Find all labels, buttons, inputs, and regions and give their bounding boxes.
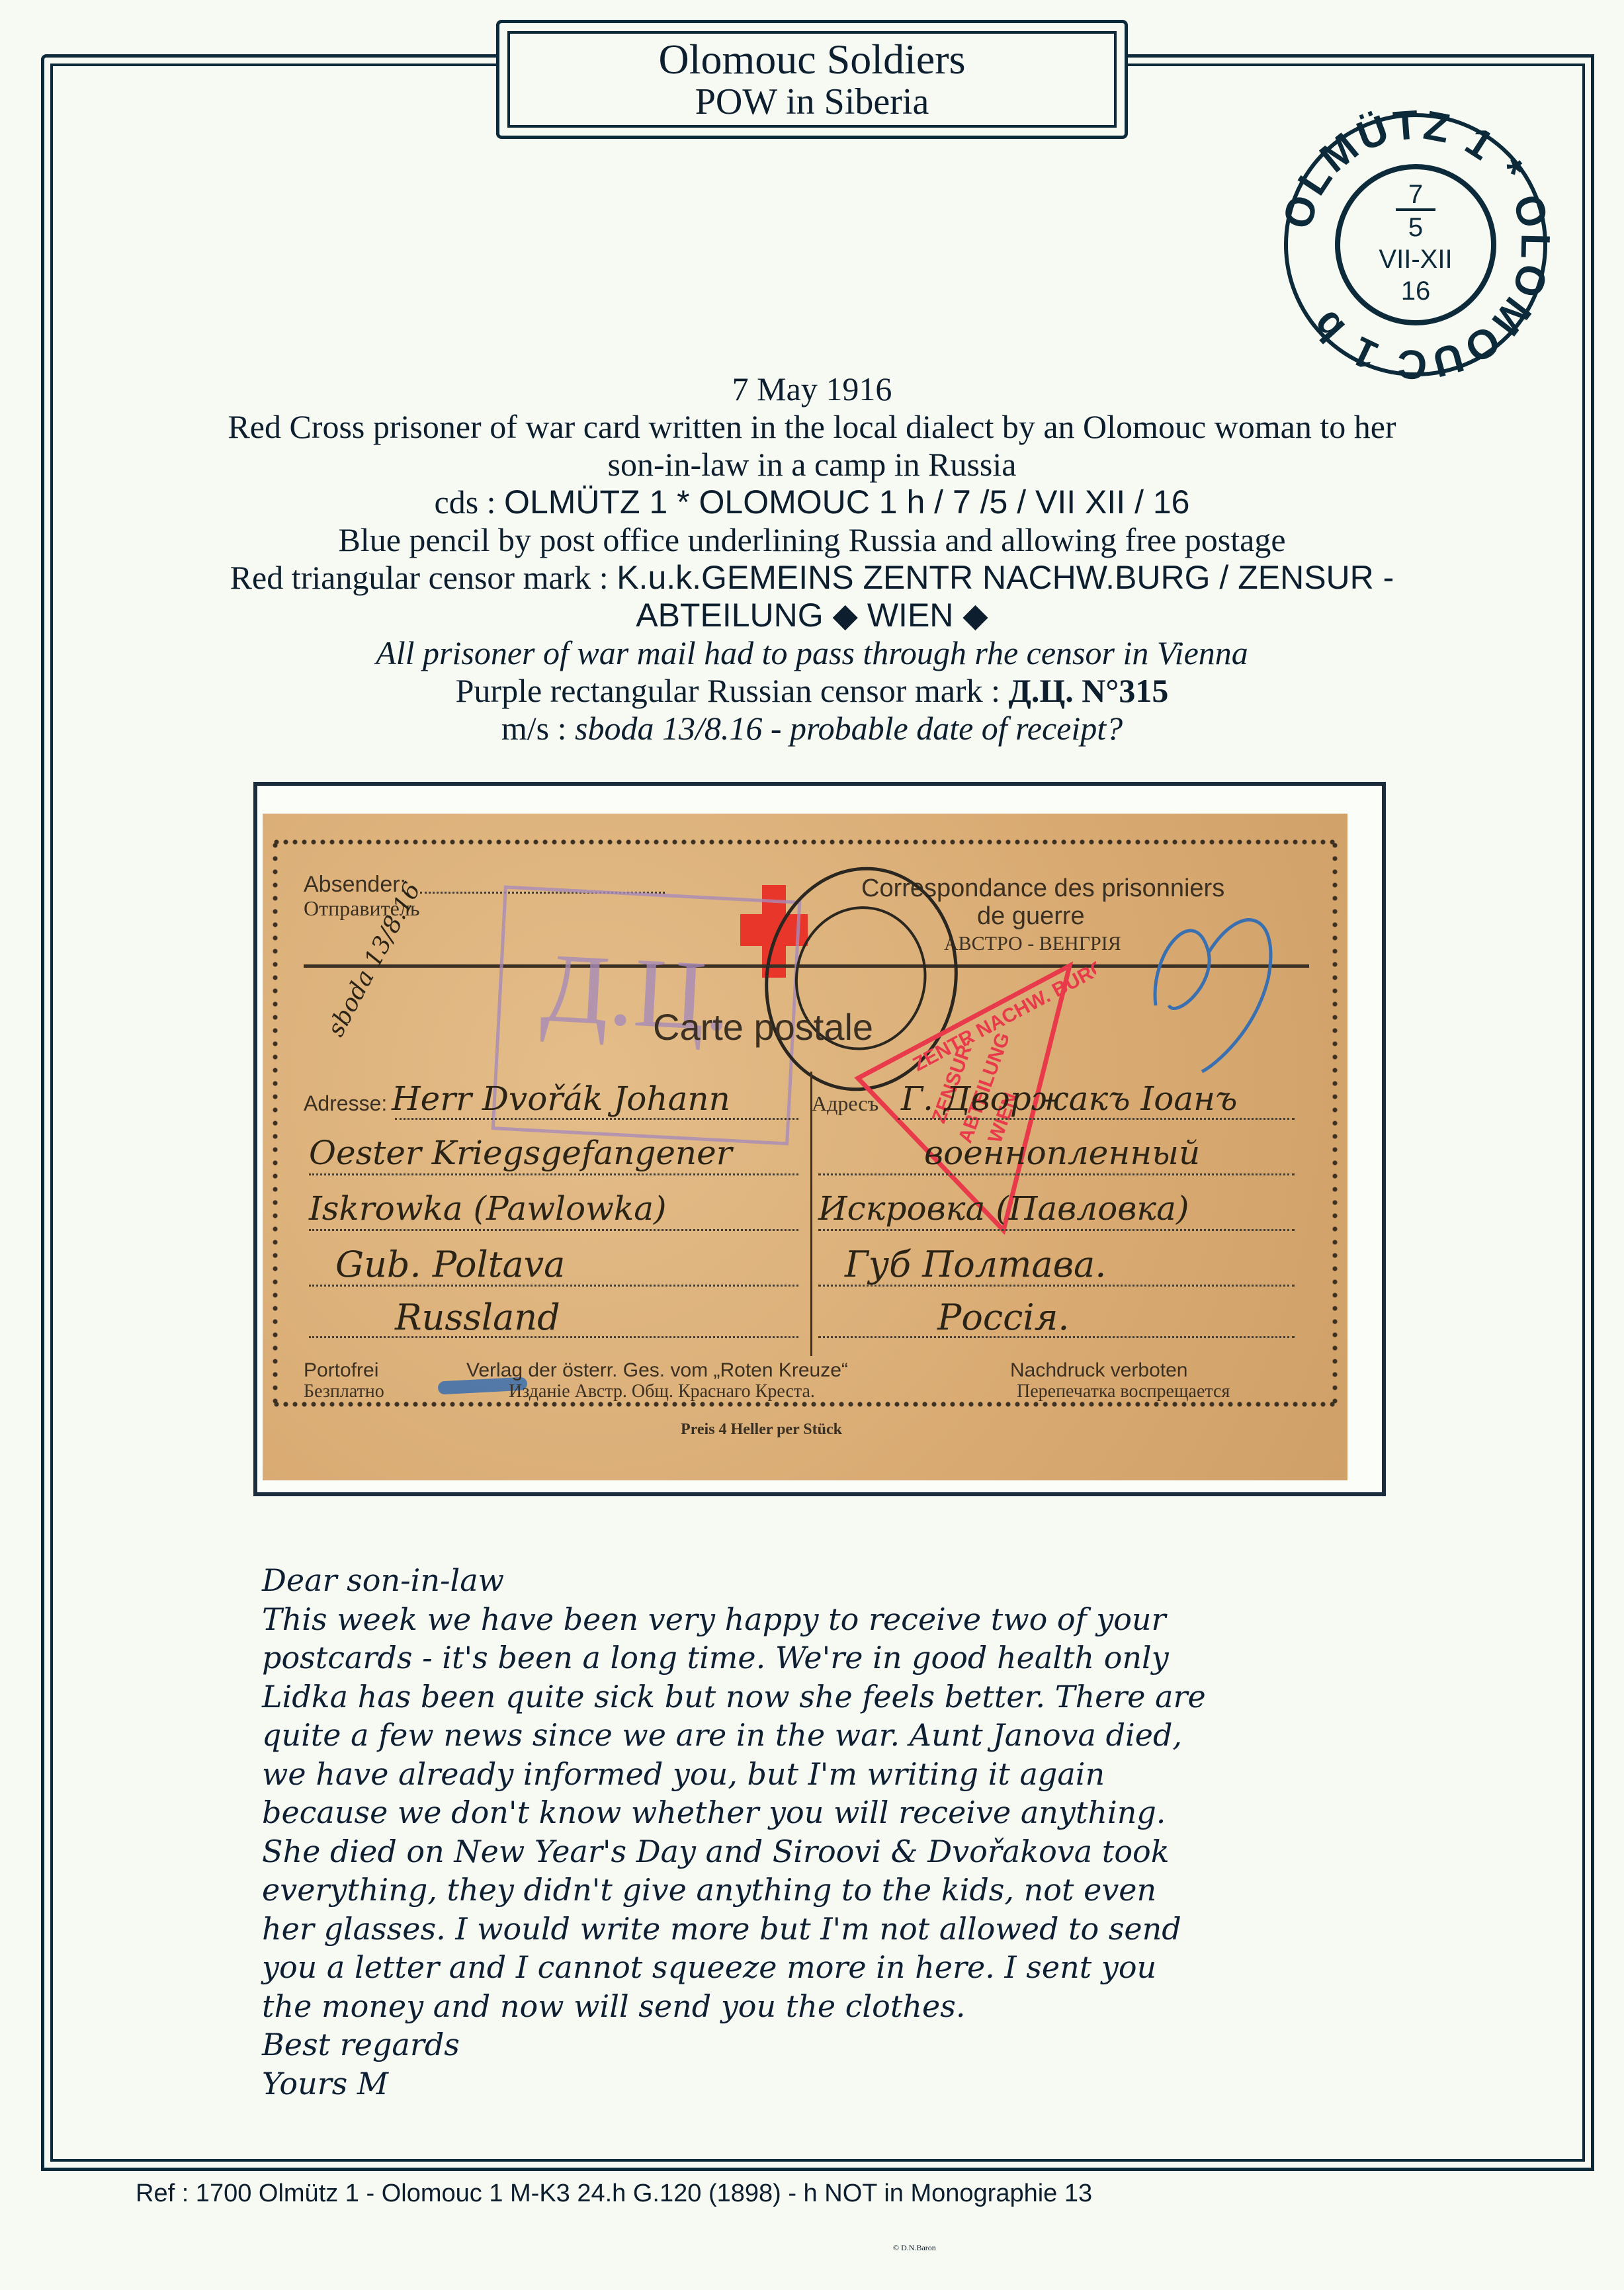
address-line: Herr Dvořák Johann <box>392 1080 730 1118</box>
russian-censor-line: Purple rectangular Russian censor mark :… <box>99 672 1525 710</box>
page-title: Olomouc Soldiers <box>659 37 966 82</box>
portofrei-label: Portofrei <box>304 1359 378 1382</box>
manuscript-line: m/s : sboda 13/8.16 - probable date of r… <box>99 710 1525 747</box>
address-line-ru: Г. Дворжакъ Іоанъ <box>901 1080 1237 1118</box>
cds-line: cds : OLMÜTZ 1 * OLOMOUC 1 h / 7 /5 / VI… <box>99 484 1525 521</box>
description-block: 7 May 1916 Red Cross prisoner of war car… <box>99 370 1525 747</box>
cds-day: 7 <box>1408 180 1423 209</box>
sender-label: Absender: <box>304 872 406 898</box>
address-line-ru: Россія. <box>937 1296 1070 1338</box>
letter-line: quite a few news since we are in the war… <box>262 1716 1206 1755</box>
address-line: Iskrowka (Pawlowka) <box>309 1189 667 1228</box>
address-divider <box>810 1072 812 1356</box>
censor-line: Red triangular censor mark : K.u.k.GEMEI… <box>99 559 1525 597</box>
copyright: © D.N.Baron <box>893 2243 936 2253</box>
address-line: Oester Kriegsgefangener <box>309 1134 732 1172</box>
reprint-notice-ru: Перепечатка воспрещается <box>1017 1381 1230 1402</box>
publisher-label: Verlag der österr. Ges. vom „Roten Kreuz… <box>466 1359 848 1382</box>
date-line: 7 May 1916 <box>99 370 1525 408</box>
letter-line: Dear son-in-law <box>262 1561 1206 1600</box>
card-heading-2: de guerre <box>977 902 1085 931</box>
letter-line: This week we have been very happy to rec… <box>262 1600 1206 1639</box>
letter-line: because we don't know whether you will r… <box>262 1793 1206 1832</box>
description-line-2: son-in-law in a camp in Russia <box>99 446 1525 484</box>
censor-note: All prisoner of war mail had to pass thr… <box>99 634 1525 672</box>
carte-postale-label: Carte postale <box>653 1005 873 1048</box>
blue-pencil-mark <box>1136 873 1308 1085</box>
address-line: Russland <box>395 1296 560 1338</box>
letter-line: the money and now will send you the clot… <box>262 1987 1206 2026</box>
letter-line: you a letter and I cannot squeeze more i… <box>262 1948 1206 1987</box>
address-line: Gub. Poltava <box>335 1244 565 1285</box>
letter-line: we have already informed you, but I'm wr… <box>262 1755 1206 1794</box>
address-label: Adresse: <box>304 1091 387 1116</box>
publisher-label-ru: Изданіе Австр. Общ. Краснаго Креста. <box>509 1381 815 1402</box>
translation-letter: Dear son-in-law This week we have been v… <box>262 1561 1206 2103</box>
address-line-ru: Искровка (Павловка) <box>818 1189 1189 1228</box>
letter-line: Yours M <box>262 2064 1206 2103</box>
letter-line: everything, they didn't give anything to… <box>262 1871 1206 1910</box>
letter-line: her glasses. I would write more but I'm … <box>262 1910 1206 1949</box>
cds-month: 5 <box>1408 213 1423 242</box>
description-line-1: Red Cross prisoner of war card written i… <box>99 408 1525 446</box>
cds-postmark-illustration: OLMÜTZ 1 * OLOMOUC 1 b 7 5 VII-XII 16 <box>1280 109 1551 380</box>
address-line-ru: Губ Полтава. <box>845 1244 1106 1285</box>
reference-line: Ref : 1700 Olmütz 1 - Olomouc 1 M-K3 24.… <box>136 2180 1092 2208</box>
price-label: Preis 4 Heller per Stück <box>681 1421 842 1439</box>
cds-year: 16 <box>1401 276 1431 306</box>
portofrei-label-ru: Безплатно <box>304 1381 384 1402</box>
pencil-line: Blue pencil by post office underlining R… <box>99 521 1525 559</box>
letter-line: She died on New Year's Day and Siroovi &… <box>262 1832 1206 1871</box>
postcard-mount: Absender: Отправитель Correspondance des… <box>253 782 1386 1496</box>
reprint-notice: Nachdruck verboten <box>1010 1359 1187 1382</box>
cds-hours: VII-XII <box>1379 245 1452 274</box>
title-box: Olomouc Soldiers POW in Siberia <box>496 20 1128 139</box>
letter-line: Best regards <box>262 2025 1206 2064</box>
address-line-ru: военнопленный <box>924 1134 1200 1172</box>
letter-line: Lidka has been quite sick but now she fe… <box>262 1677 1206 1717</box>
postcard: Absender: Отправитель Correspondance des… <box>263 814 1347 1480</box>
page-subtitle: POW in Siberia <box>695 82 929 122</box>
censor-line-2: ABTEILUNG ◆ WIEN ◆ <box>99 597 1525 634</box>
letter-line: postcards - it's been a long time. We're… <box>262 1638 1206 1677</box>
address-label-ru: Адресъ <box>812 1091 878 1116</box>
